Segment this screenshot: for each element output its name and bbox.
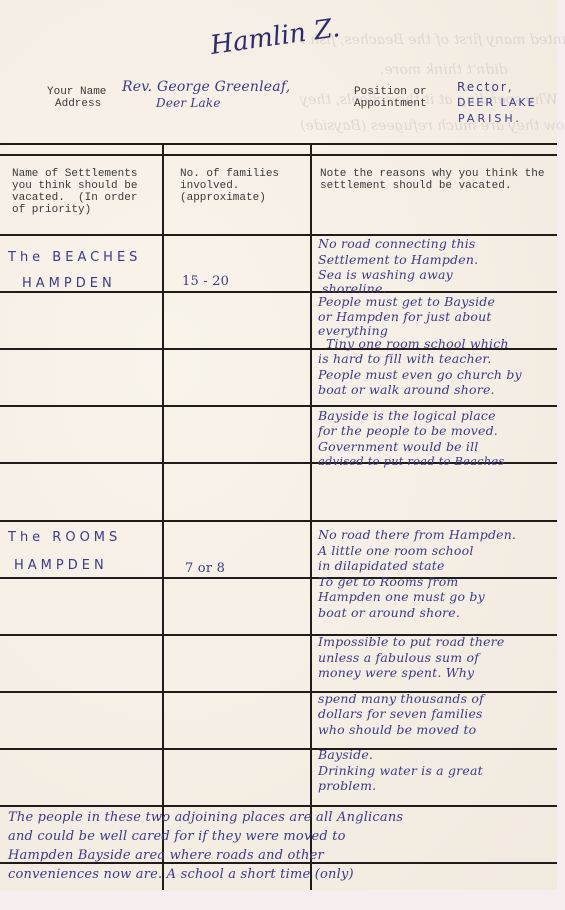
name-label: Your Name [47, 86, 106, 98]
note-line: boat or around shore. [318, 605, 556, 621]
table-rule [0, 805, 557, 807]
position-value: Rector, [457, 80, 514, 94]
note-line: everything [318, 325, 556, 336]
families-count: 7 or 8 [185, 561, 225, 576]
note-line: Drinking water is a great [318, 763, 556, 779]
note-line: for the people to be moved. [318, 423, 556, 439]
note-line: is hard to fill with teacher. [318, 351, 556, 367]
note-line: Bayside is the logical place [318, 408, 556, 424]
note-line: People must even go church by [318, 367, 556, 383]
column-divider [162, 143, 164, 890]
table-rule [0, 154, 557, 156]
position-label: Position or [354, 86, 427, 98]
settlement-location: HAMPDEN [14, 558, 108, 573]
appointment-label: Appointment [354, 98, 427, 110]
settlement-location: HAMPDEN [22, 276, 116, 291]
note-line: advised to put road to Beaches [318, 454, 556, 470]
note-line: The people in these two adjoining places… [8, 808, 553, 827]
note-line: conveniences now are. A school a short t… [8, 865, 553, 884]
families-count: 15 - 20 [182, 274, 229, 289]
note-line: Impossible to put road there [318, 634, 556, 650]
column-header-reasons: Note the reasons why you think the settl… [320, 168, 544, 192]
settlement-name: The BEACHES [8, 250, 141, 265]
note-line: Tiny one room school which [318, 336, 556, 352]
show-through-text: know they are much refugees (Bayside) [300, 118, 565, 134]
note-line: spend many thousands of [318, 691, 556, 707]
settlement-name: The ROOMS [8, 530, 121, 545]
note-line: No road connecting this [318, 236, 556, 252]
footer-note: The people in these two adjoining places… [8, 808, 553, 884]
note-line: problem. [318, 778, 556, 794]
note-line: Settlement to Hampden. [318, 252, 556, 268]
note-line: Bayside. [318, 747, 556, 763]
note-line: Hampden one must go by [318, 589, 556, 605]
column-header-families: No. of families involved. (approximate) [180, 168, 279, 204]
note-line: and could be well cared for if they were… [8, 827, 553, 846]
reasons-notes: No road there from Hampden. A little one… [318, 527, 556, 794]
note-line: No road there from Hampden. [318, 527, 556, 543]
show-through-text: didn't think more. [380, 62, 508, 78]
table-rule [0, 143, 557, 145]
column-header-settlements: Name of Settlements you think should be … [12, 168, 137, 216]
table-rule [0, 520, 557, 522]
appointment-value: DEER LAKE [457, 96, 537, 109]
note-line: Hampden Bayside area where roads and oth… [8, 846, 553, 865]
note-line: People must get to Bayside [318, 294, 556, 310]
column-divider [310, 143, 312, 890]
note-line: dollars for seven families [318, 706, 556, 722]
appointment-value-line2: PARISH. [458, 112, 522, 125]
note-line: money were spent. Why [318, 665, 556, 681]
note-line: boat or walk around shore. [318, 382, 556, 398]
note-line: unless a fabulous sum of [318, 650, 556, 666]
note-line: who should be moved to [318, 722, 556, 738]
document-page: Rigo wanted many first of the Beaches, f… [0, 0, 557, 890]
note-line: A little one room school [318, 543, 556, 559]
signature: Hamlin Z. [209, 13, 342, 61]
address-label: Address [55, 98, 101, 110]
note-line: Government would be ill [318, 439, 556, 455]
note-line: To get to Rooms from [318, 574, 556, 590]
reasons-notes: No road connecting this Settlement to Ha… [318, 236, 556, 470]
note-line: in dilapidated state [318, 558, 556, 574]
address-value: Deer Lake [156, 96, 221, 110]
note-line: shoreline. [318, 283, 556, 294]
name-value: Rev. George Greenleaf, [122, 79, 290, 95]
